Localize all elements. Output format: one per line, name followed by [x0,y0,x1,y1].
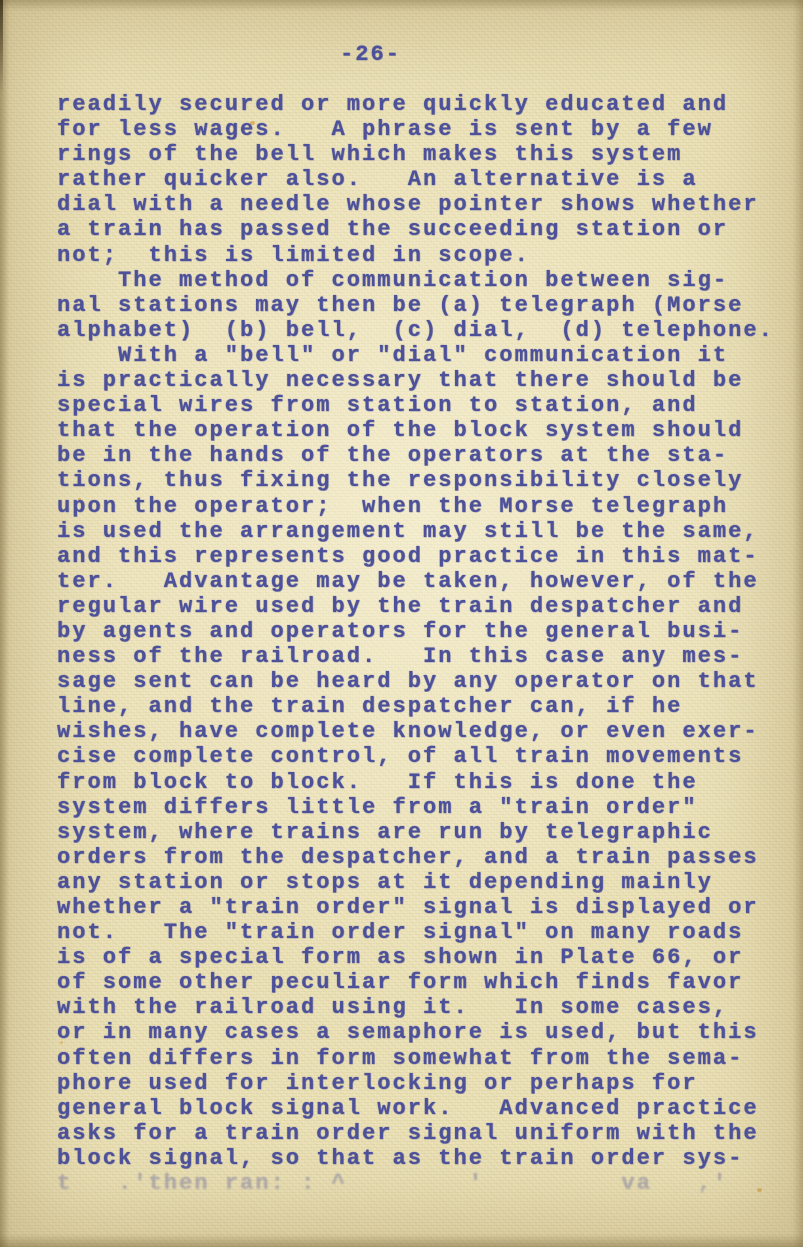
text-line: not; this is limited in scope. [57,243,774,268]
text-line: of some other peculiar form which finds … [57,970,774,995]
text-line: tions, thus fixing the responsibility cl… [57,468,774,493]
text-line: upon the operator; when the Morse telegr… [57,494,774,519]
text-line: not. The "train order signal" on many ro… [57,920,774,945]
text-line: special wires from station to station, a… [57,393,774,418]
text-line: is used the arrangement may still be the… [57,519,774,544]
text-line: nal stations may then be (a) telegraph (… [57,293,774,318]
text-line: and this represents good practice in thi… [57,544,774,569]
text-line: regular wire used by the train despatche… [57,594,774,619]
text-line: dial with a needle whose pointer shows w… [57,192,774,217]
text-line: asks for a train order signal uniform wi… [57,1121,774,1146]
text-line: With a "bell" or "dial" communication it [57,343,774,368]
text-line: or in many cases a semaphore is used, bu… [57,1020,774,1045]
text-line: The method of communication between sig- [57,268,774,293]
text-line: a train has passed the succeeding statio… [57,217,774,242]
text-line: rather quicker also. An alternative is a [57,167,774,192]
text-line: phore used for interlocking or perhaps f… [57,1071,774,1096]
text-line: ter. Advantage may be taken, however, of… [57,569,774,594]
text-line: block signal, so that as the train order… [57,1146,774,1171]
paper-speck [757,1188,762,1192]
text-line: often differs in form somewhat from the … [57,1046,774,1071]
text-line: from block to block. If this is done the [57,770,774,795]
binding-edge-mark [0,0,3,95]
text-line: line, and the train despatcher can, if h… [57,694,774,719]
text-line: be in the hands of the operators at the … [57,443,774,468]
text-line: is of a special form as shown in Plate 6… [57,945,774,970]
text-line: with the railroad using it. In some case… [57,995,774,1020]
text-line: sage sent can be heard by any operator o… [57,669,774,694]
typed-lines: readily secured or more quickly educated… [57,92,774,1171]
typewritten-text: readily secured or more quickly educated… [57,92,774,1171]
text-line: by agents and operators for the general … [57,619,774,644]
document-page: -26- readily secured or more quickly edu… [0,0,803,1247]
text-line: cise complete control, of all train move… [57,744,774,769]
text-line: that the operation of the block system s… [57,418,774,443]
text-line: for less wages. A phrase is sent by a fe… [57,117,774,142]
text-line: is practically necessary that there shou… [57,368,774,393]
page-number: -26- [340,42,401,67]
text-line: ness of the railroad. In this case any m… [57,644,774,669]
text-line: whether a "train order" signal is displa… [57,895,774,920]
text-line: rings of the bell which makes this syste… [57,142,774,167]
text-line: alphabet) (b) bell, (c) dial, (d) teleph… [57,318,774,343]
text-line: general block signal work. Advanced prac… [57,1096,774,1121]
text-line: system differs little from a "train orde… [57,795,774,820]
text-line: orders from the despatcher, and a train … [57,845,774,870]
text-line: readily secured or more quickly educated… [57,92,774,117]
text-line: any station or stops at it depending mai… [57,870,774,895]
faded-text-line: t .'then ran: : ^ ' va ,' [57,1171,728,1196]
text-line: system, where trains are run by telegrap… [57,820,774,845]
text-line: wishes, have complete knowledge, or even… [57,719,774,744]
